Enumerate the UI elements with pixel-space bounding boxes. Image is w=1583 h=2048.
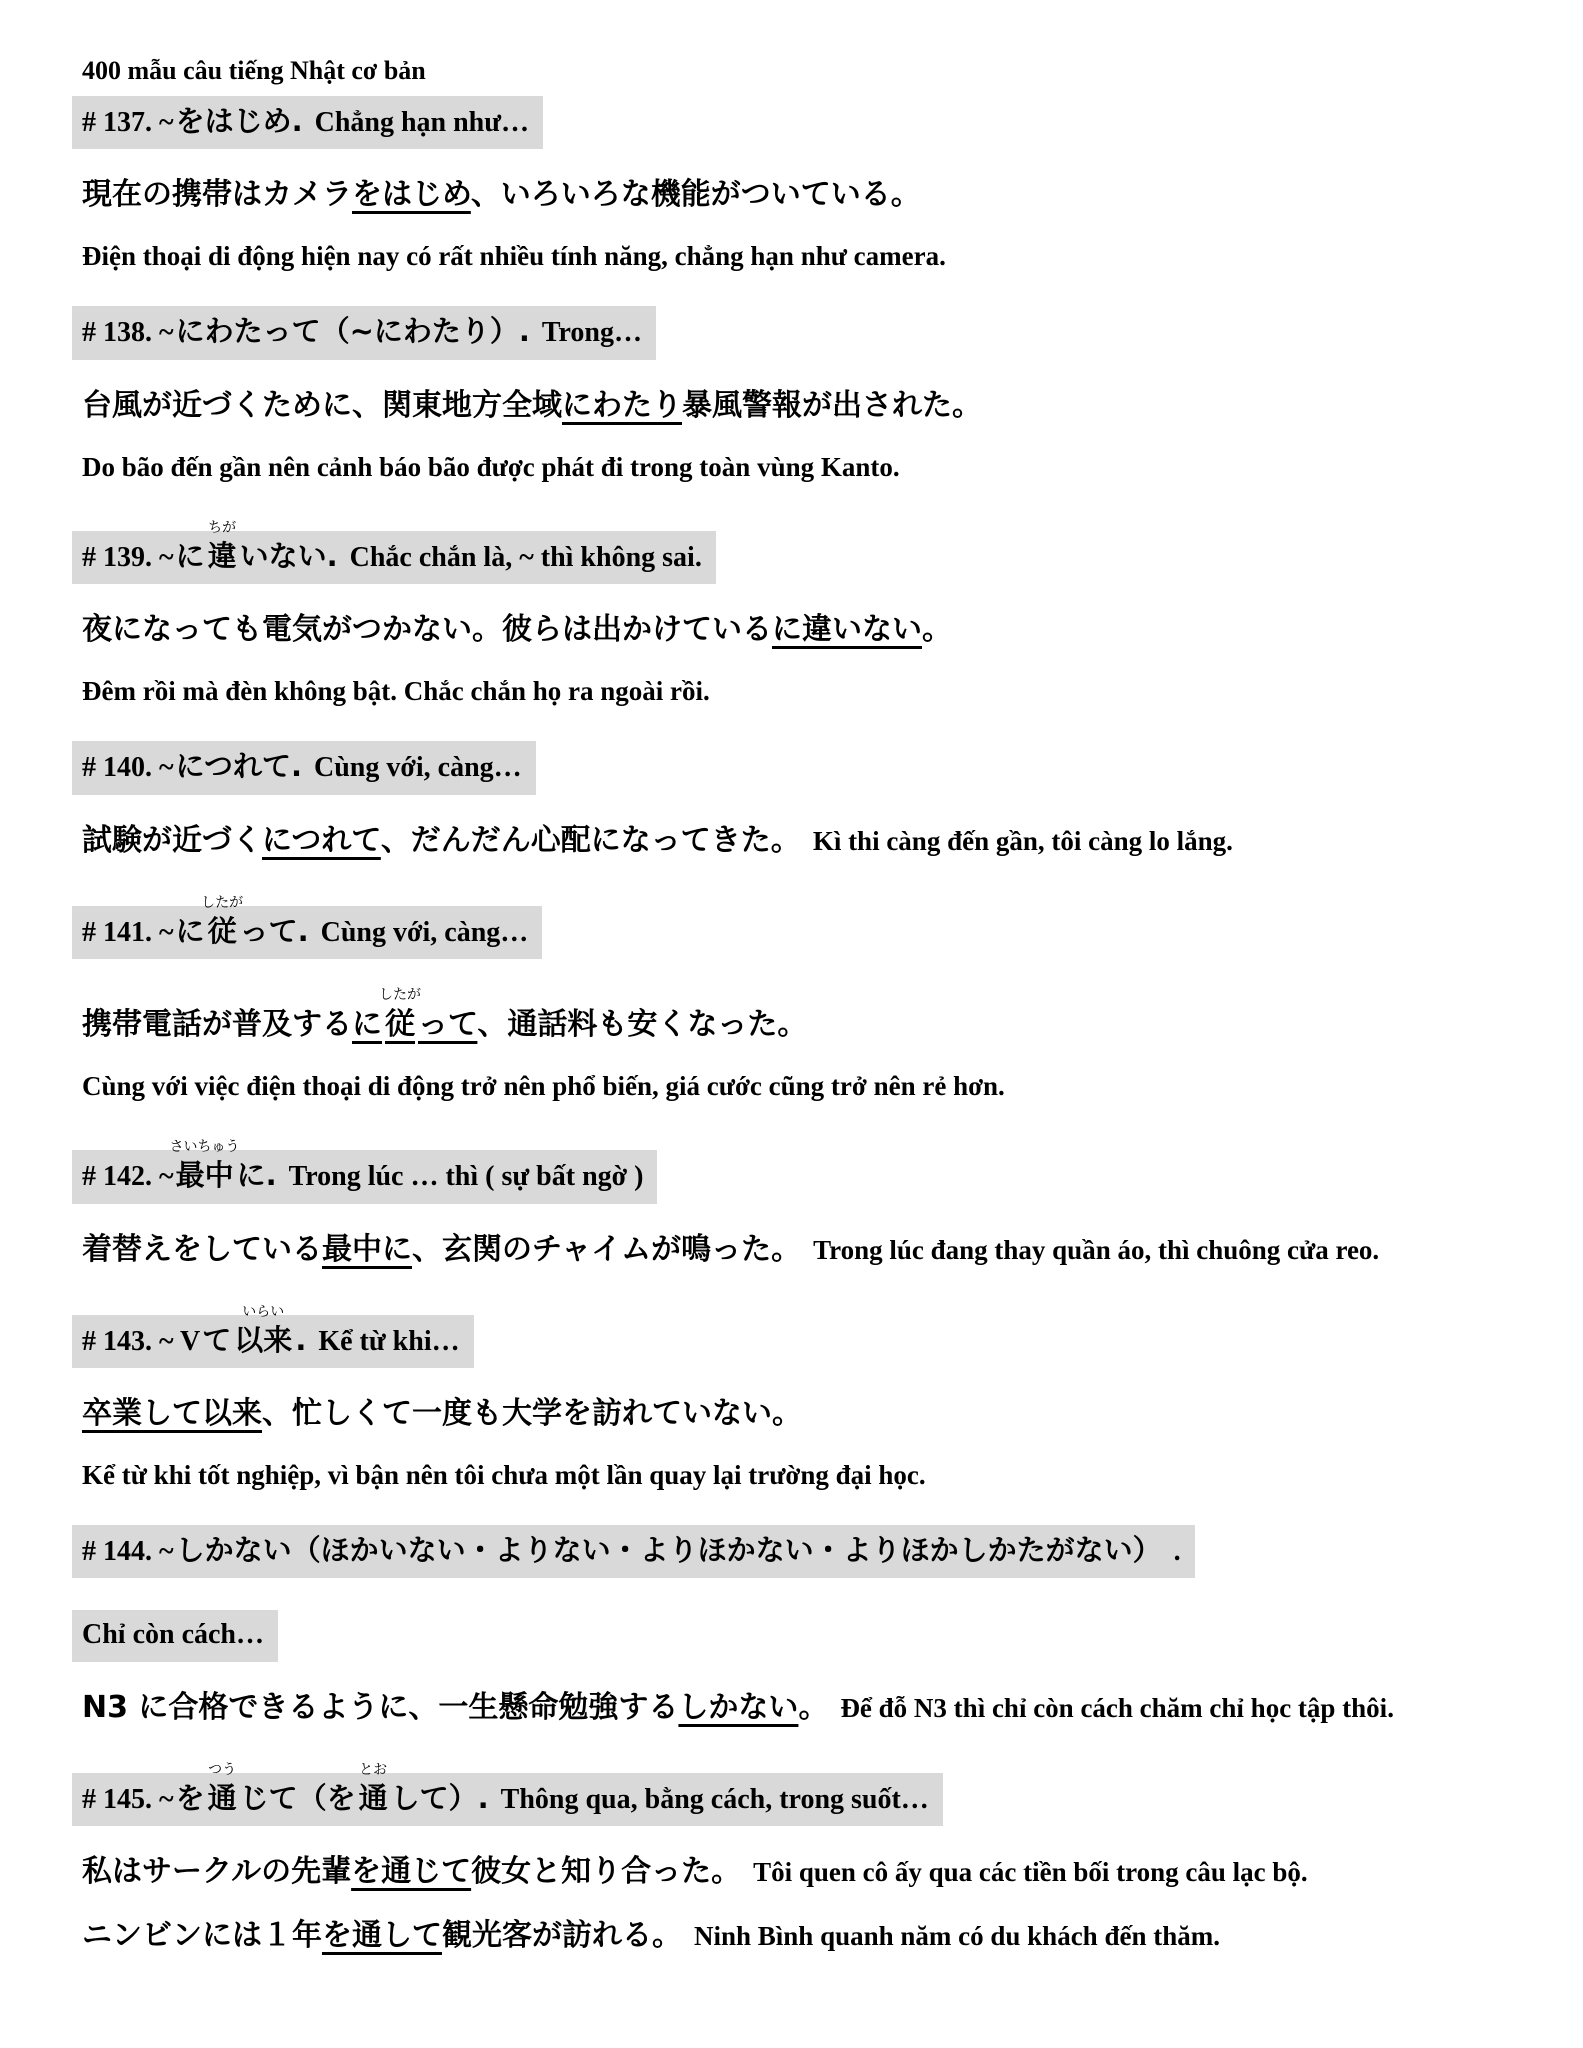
japanese-text: N3 に合格できるように、一生懸命勉強する	[82, 1690, 678, 1725]
japanese-text: .	[295, 1323, 306, 1357]
page-title: 400 mẫu câu tiếng Nhật cơ bản	[82, 56, 1553, 86]
japanese-text: 、だんだん心配になってきた。	[381, 823, 801, 858]
furigana-annotation: したが	[201, 896, 243, 910]
japanese-text: 携帯電話が普及する	[82, 1007, 352, 1042]
vietnamese-text: Cùng với, càng…	[321, 917, 529, 948]
japanese-text: したが従	[385, 1005, 415, 1044]
japanese-text: にわたって（~にわたり）.	[176, 314, 530, 348]
document-page: 400 mẫu câu tiếng Nhật cơ bản # 137. ~をは…	[0, 0, 1583, 2048]
vietnamese-text: Thông qua, bằng cách, trong suốt…	[501, 1784, 929, 1815]
vietnamese-translation-line: Đêm rồi mà đèn không bật. Chắc chắn họ r…	[82, 674, 1553, 709]
vietnamese-translation-line: Do bão đến gần nên cảnh báo bão được phá…	[82, 450, 1553, 485]
example-with-translation-line: 着替えをしている最中に、玄関のチャイムが鳴った。Trong lúc đang t…	[82, 1230, 1553, 1269]
furigana-annotation: つう	[208, 1763, 236, 1777]
japanese-text: て	[202, 1323, 231, 1357]
vietnamese-text: Kì thi càng đến gần, tôi càng lo lắng.	[813, 826, 1233, 856]
grammar-section-144: # 144. ~しかない（ほかいない・よりない・よりほかない・よりほかしかたがな…	[82, 1525, 1553, 1727]
grammar-section-138: # 138. ~にわたって（~にわたり）.Trong…台風が近づくために、関東地…	[82, 306, 1553, 484]
japanese-text: に	[176, 914, 205, 948]
vietnamese-text: Trong lúc đang thay quần áo, thì chuông …	[813, 1235, 1379, 1265]
japanese-text: して）.	[391, 1781, 489, 1815]
grammar-section-139: # 139. ~にちが違いない.Chắc chắn là, ~ thì khôn…	[82, 531, 1553, 709]
japanese-text: しかない（ほかいない・よりない・よりほかない・よりほかしかたがない）	[176, 1533, 1162, 1567]
japanese-example-line: 夜になっても電気がつかない。彼らは出かけているに違いない。	[82, 610, 1553, 649]
japanese-text: 。	[798, 1690, 828, 1725]
heading-highlight: Chỉ còn cách…	[72, 1610, 278, 1661]
vietnamese-text: # 137. ~	[82, 107, 174, 138]
grammar-section-141: # 141. ~にしたが従って.Cùng với, càng…携帯電話が普及する…	[82, 906, 1553, 1104]
japanese-text: したが従	[208, 913, 237, 951]
pattern-heading: # 143. ~ Vていらい以来.Kể từ khi…	[82, 1315, 1553, 1368]
japanese-text: って	[418, 1007, 477, 1042]
vietnamese-text: Do bão đến gần nên cảnh báo bão được phá…	[82, 452, 900, 482]
heading-highlight: # 140. ~につれて.Cùng với, càng…	[72, 741, 536, 794]
japanese-example-line: 台風が近づくために、関東地方全域にわたり暴風警報が出された。	[82, 386, 1553, 425]
vietnamese-text: # 140. ~	[82, 752, 174, 783]
furigana-annotation: したが	[379, 988, 421, 1002]
example-with-translation-line: ニンビンには１年を通して観光客が訪れる。Ninh Bình quanh năm …	[82, 1916, 1553, 1955]
vietnamese-text: Cùng với, càng…	[314, 752, 522, 783]
japanese-text: 現在の携帯はカメラ	[82, 177, 352, 212]
japanese-text: しかない	[678, 1690, 798, 1725]
japanese-text: 、玄関のチャイムが鳴った。	[412, 1232, 801, 1267]
japanese-text: に	[176, 539, 205, 573]
example-with-translation-line: 試験が近づくにつれて、だんだん心配になってきた。Kì thi càng đến …	[82, 821, 1553, 860]
japanese-text: 観光客が訪れる。	[442, 1918, 682, 1953]
furigana-annotation: とお	[359, 1763, 387, 1777]
vietnamese-text: Chỉ còn cách…	[82, 1619, 264, 1650]
japanese-text: に	[352, 1007, 382, 1042]
ruby-base-text: 最中	[176, 1158, 234, 1192]
ruby-base-text: 通	[208, 1781, 237, 1815]
vietnamese-translation-line: Điện thoại di động hiện nay có rất nhiều…	[82, 239, 1553, 274]
vietnamese-text: # 144. ~	[82, 1536, 174, 1567]
ruby-base-text: 通	[359, 1781, 388, 1815]
example-with-translation-line: N3 に合格できるように、一生懸命勉強するしかない。Để đỗ N3 thì c…	[82, 1688, 1553, 1727]
japanese-text: って.	[240, 914, 309, 948]
japanese-text: 、通話料も安くなった。	[477, 1007, 807, 1042]
japanese-text: 、いろいろな機能がついている。	[471, 177, 921, 212]
vietnamese-text: Chẳng hạn như…	[315, 107, 529, 138]
example-with-translation-line: 私はサークルの先輩を通じて彼女と知り合った。Tôi quen cô ấy qua…	[82, 1852, 1553, 1891]
japanese-text: 台風が近づくために、関東地方全域	[82, 388, 562, 423]
vietnamese-text: Điện thoại di động hiện nay có rất nhiều…	[82, 241, 946, 271]
vietnamese-text: .	[1174, 1536, 1181, 1567]
ruby-base-text: 違	[208, 539, 237, 573]
japanese-text: 最中に	[322, 1232, 412, 1267]
vietnamese-text: Kể từ khi…	[318, 1326, 459, 1357]
grammar-section-145: # 145. ~をつう通じて（をとお通して）.Thông qua, bằng c…	[82, 1773, 1553, 1955]
pattern-heading: # 141. ~にしたが従って.Cùng với, càng…	[82, 906, 1553, 959]
vietnamese-text: # 141. ~	[82, 917, 174, 948]
japanese-text: ちが違	[208, 538, 237, 576]
vietnamese-translation-line: Kể từ khi tốt nghiệp, vì bận nên tôi chư…	[82, 1458, 1553, 1493]
grammar-section-140: # 140. ~につれて.Cùng với, càng…試験が近づくにつれて、だ…	[82, 741, 1553, 859]
vietnamese-text: # 139. ~	[82, 542, 174, 573]
vietnamese-text: Trong…	[542, 317, 642, 348]
heading-highlight: # 141. ~にしたが従って.Cùng với, càng…	[72, 906, 542, 959]
japanese-text: 試験が近づく	[82, 823, 262, 858]
vietnamese-text: # 145. ~	[82, 1784, 174, 1815]
japanese-text: ニンビンには１年	[82, 1918, 322, 1953]
japanese-text: をはじめ	[352, 177, 471, 212]
japanese-text: を通して	[322, 1918, 442, 1953]
vietnamese-text: # 138. ~	[82, 317, 174, 348]
ruby-base-text: 従	[385, 1007, 415, 1042]
pattern-heading: # 145. ~をつう通じて（をとお通して）.Thông qua, bằng c…	[82, 1773, 1553, 1826]
heading-highlight: # 138. ~にわたって（~にわたり）.Trong…	[72, 306, 656, 359]
japanese-text: 私はサークルの先輩	[82, 1854, 351, 1889]
japanese-text: とお通	[359, 1780, 388, 1818]
vietnamese-text: Để đỗ N3 thì chỉ còn cách chăm chỉ học t…	[840, 1693, 1394, 1723]
japanese-text: 卒業して以来	[82, 1396, 262, 1431]
pattern-heading: # 140. ~につれて.Cùng với, càng…	[82, 741, 1553, 794]
vietnamese-text: Đêm rồi mà đèn không bật. Chắc chắn họ r…	[82, 676, 710, 706]
japanese-text: にわたり	[562, 388, 682, 423]
furigana-annotation: さいちゅう	[170, 1140, 240, 1154]
japanese-text: をはじめ.	[176, 104, 303, 138]
japanese-text: 、忙しくて一度も大学を訪れていない。	[262, 1396, 802, 1431]
heading-highlight: # 142. ~さいちゅう最中に.Trong lúc … thì ( sự bấ…	[72, 1150, 657, 1203]
ruby-base-text: 従	[208, 914, 237, 948]
pattern-heading: # 142. ~さいちゅう最中に.Trong lúc … thì ( sự bấ…	[82, 1150, 1553, 1203]
pattern-heading: # 139. ~にちが違いない.Chắc chắn là, ~ thì khôn…	[82, 531, 1553, 584]
japanese-example-line: 卒業して以来、忙しくて一度も大学を訪れていない。	[82, 1394, 1553, 1433]
vietnamese-text: Ninh Bình quanh năm có du khách đến thăm…	[694, 1921, 1220, 1951]
vietnamese-text: Cùng với việc điện thoại di động trở nên…	[82, 1071, 1005, 1101]
japanese-text: 。	[922, 612, 952, 647]
vietnamese-translation-line: Cùng với việc điện thoại di động trở nên…	[82, 1069, 1553, 1104]
vietnamese-text: Tôi quen cô ấy qua các tiền bối trong câ…	[753, 1857, 1308, 1887]
sections: # 137. ~をはじめ.Chẳng hạn như…現在の携帯はカメラをはじめ…	[82, 96, 1553, 1955]
japanese-text: に.	[237, 1158, 277, 1192]
pattern-heading: # 144. ~しかない（ほかいない・よりない・よりほかない・よりほかしかたがな…	[82, 1525, 1553, 1578]
vietnamese-text: # 143. ~ V	[82, 1326, 200, 1357]
pattern-heading: # 137. ~をはじめ.Chẳng hạn như…	[82, 96, 1553, 149]
ruby-base-text: 以来	[234, 1323, 292, 1357]
vietnamese-text: Trong lúc … thì ( sự bất ngờ )	[289, 1161, 644, 1192]
heading-highlight: # 137. ~をはじめ.Chẳng hạn như…	[72, 96, 543, 149]
japanese-text: さいちゅう最中	[176, 1157, 234, 1195]
vietnamese-text: Kể từ khi tốt nghiệp, vì bận nên tôi chư…	[82, 1460, 926, 1490]
pattern-heading: # 138. ~にわたって（~にわたり）.Trong…	[82, 306, 1553, 359]
japanese-text: を通じて	[351, 1854, 471, 1889]
grammar-section-137: # 137. ~をはじめ.Chẳng hạn như…現在の携帯はカメラをはじめ…	[82, 96, 1553, 274]
vietnamese-text: # 142. ~	[82, 1161, 174, 1192]
japanese-text: 暴風警報が出された。	[682, 388, 982, 423]
japanese-text: つう通	[208, 1780, 237, 1818]
japanese-text: に違いない	[772, 612, 922, 647]
vietnamese-text: Chắc chắn là, ~ thì không sai.	[350, 542, 702, 573]
japanese-example-line: 現在の携帯はカメラをはじめ、いろいろな機能がついている。	[82, 175, 1553, 214]
japanese-text: いない.	[240, 539, 338, 573]
japanese-example-line: 携帯電話が普及するにしたが従って、通話料も安くなった。	[82, 1005, 1553, 1044]
furigana-annotation: いらい	[242, 1305, 284, 1319]
japanese-text: につれて	[262, 823, 381, 858]
japanese-text: を	[176, 1781, 205, 1815]
heading-highlight: # 144. ~しかない（ほかいない・よりない・よりほかない・よりほかしかたがな…	[72, 1525, 1195, 1578]
japanese-text: 着替えをしている	[82, 1232, 322, 1267]
heading-highlight: # 143. ~ Vていらい以来.Kể từ khi…	[72, 1315, 474, 1368]
heading-highlight: # 139. ~にちが違いない.Chắc chắn là, ~ thì khôn…	[72, 531, 716, 584]
japanese-text: 夜になっても電気がつかない。彼らは出かけている	[82, 612, 772, 647]
japanese-text: いらい以来	[234, 1322, 292, 1360]
grammar-section-143: # 143. ~ Vていらい以来.Kể từ khi…卒業して以来、忙しくて一度…	[82, 1315, 1553, 1493]
japanese-text: につれて.	[176, 749, 302, 783]
furigana-annotation: ちが	[208, 521, 236, 535]
japanese-text: じて（を	[240, 1781, 356, 1815]
heading-highlight: # 145. ~をつう通じて（をとお通して）.Thông qua, bằng c…	[72, 1773, 943, 1826]
pattern-heading: Chỉ còn cách…	[82, 1610, 1553, 1661]
grammar-section-142: # 142. ~さいちゅう最中に.Trong lúc … thì ( sự bấ…	[82, 1150, 1553, 1268]
japanese-text: 彼女と知り合った。	[471, 1854, 741, 1889]
